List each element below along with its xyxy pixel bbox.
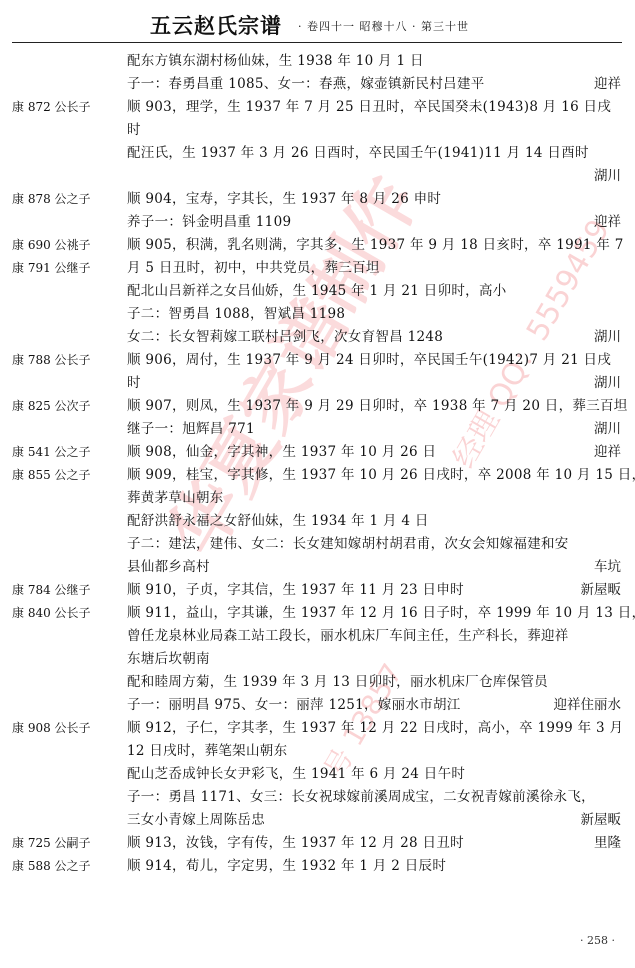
page-header: 五云赵氏宗谱 · 卷四十一 昭穆十八 · 第三十世 [0,0,635,42]
entry-text: 顺 911，益山，字其谦，生 1937 年 12 月 16 日子时，卒 1999… [127,602,635,625]
entry-line: 子一：丽明昌 975、女一：丽萍 1251，嫁丽水市胡江迎祥住丽水 [0,694,635,717]
lineage-label: 康 855 公之子 [12,464,91,487]
book-title: 五云赵氏宗谱 [150,10,282,40]
entry-text: 葬黄茅草山朝东 [127,487,224,510]
entry-line: 时 [0,119,635,142]
lineage-label: 康 878 公之子 [12,188,91,211]
entry-text: 子一：春勇昌重 1085、女一：春燕，嫁壶镇新民村吕建平 [127,73,485,96]
entry-line: 女二：长女智莉嫁工联村吕剑飞，次女育智昌 1248湖川 [0,326,635,349]
entry-line: 三女小青嫁上周陈岳忠新屋畈 [0,809,635,832]
entry-text: 配东方镇东湖村杨仙妹，生 1938 年 10 月 1 日 [127,50,424,73]
lineage-label: 康 825 公次子 [12,395,91,418]
entry-text: 月 5 日丑时，初中，中共党员，葬三百坦 [127,257,380,280]
entry-line: 子二：智勇昌 1088，智斌昌 1198 [0,303,635,326]
entry-line: 康 588 公之子顺 914，荀儿，字定男，生 1932 年 1 月 2 日辰时 [0,855,635,878]
entry-text: 子二：建法，建伟、女二：长女建知嫁胡村胡君甫，次女会知嫁福建和安 [127,533,569,556]
entry-text: 顺 907，则凤，生 1937 年 9 月 29 日卯时，卒 1938 年 7 … [127,395,628,418]
residence-place: 迎祥 [594,441,621,464]
entry-line: 康 908 公长子顺 912，子仁，字其孝，生 1937 年 12 月 22 日… [0,717,635,740]
entry-line: 湖川 [0,165,635,188]
lineage-label: 康 725 公嗣子 [12,832,91,855]
entry-line: 时湖川 [0,372,635,395]
entry-text: 12 日戌时，葬笔架山朝东 [127,740,287,763]
entry-text: 顺 912，子仁，字其孝，生 1937 年 12 月 22 日戌时，高小，卒 1… [127,717,623,740]
entry-text: 继子一：旭辉昌 771 [127,418,255,441]
entry-line: 12 日戌时，葬笔架山朝东 [0,740,635,763]
entry-line: 康 855 公之子顺 909，桂宝，字其修，生 1937 年 10 月 26 日… [0,464,635,487]
entry-text: 子一：丽明昌 975、女一：丽萍 1251，嫁丽水市胡江 [127,694,461,717]
residence-place: 迎祥住丽水 [554,694,622,717]
entry-line: 康 725 公嗣子顺 913，汝钱，字有传，生 1937 年 12 月 28 日… [0,832,635,855]
entry-text: 时 [127,119,141,142]
lineage-label: 康 541 公之子 [12,441,91,464]
entry-line: 子一：春勇昌重 1085、女一：春燕，嫁壶镇新民村吕建平迎祥 [0,73,635,96]
residence-place: 车坑 [594,556,621,579]
genealogy-entries: 配东方镇东湖村杨仙妹，生 1938 年 10 月 1 日子一：春勇昌重 1085… [0,50,635,878]
lineage-label: 康 690 公祧子 [12,234,91,257]
entry-line: 子二：建法，建伟、女二：长女建知嫁胡村胡君甫，次女会知嫁福建和安 [0,533,635,556]
lineage-label: 康 908 公长子 [12,717,91,740]
entry-text: 配舒洪舒永福之女舒仙妹，生 1934 年 1 月 4 日 [127,510,429,533]
entry-text: 时 [127,372,141,395]
lineage-label: 康 784 公继子 [12,579,91,602]
entry-line: 康 541 公之子顺 908，仙金，字其神，生 1937 年 10 月 26 日… [0,441,635,464]
entry-line: 子一：勇昌 1171、女三：长女祝球嫁前溪周成宝，二女祝青嫁前溪徐永飞， [0,786,635,809]
residence-place: 湖川 [594,326,621,349]
entry-text: 顺 908，仙金，字其神，生 1937 年 10 月 26 日 [127,441,436,464]
entry-text: 女二：长女智莉嫁工联村吕剑飞，次女育智昌 1248 [127,326,443,349]
residence-place: 迎祥 [594,211,621,234]
entry-line: 康 878 公之子顺 904，宝寿，字其长，生 1937 年 8 月 26 申时 [0,188,635,211]
header-divider [12,42,622,43]
entry-text: 配汪氏，生 1937 年 3 月 26 日酉时，卒民国壬午(1941)11 月 … [127,142,589,165]
entry-line: 曾任龙泉林业局森工站工段长，丽水机床厂车间主任，生产科长，葬迎祥 [0,625,635,648]
entry-text: 子一：勇昌 1171、女三：长女祝球嫁前溪周成宝，二女祝青嫁前溪徐永飞， [127,786,595,809]
lineage-label: 康 840 公长子 [12,602,91,625]
entry-line: 康 784 公继子顺 910，子贞，字其信，生 1937 年 11 月 23 日… [0,579,635,602]
entry-line: 继子一：旭辉昌 771湖川 [0,418,635,441]
entry-text: 顺 904，宝寿，字其长，生 1937 年 8 月 26 申时 [127,188,441,211]
residence-place: 迎祥 [594,73,621,96]
entry-text: 子二：智勇昌 1088，智斌昌 1198 [127,303,345,326]
residence-place: 湖川 [594,372,621,395]
entry-text: 顺 903，理学，生 1937 年 7 月 25 日丑时，卒民国癸未(1943)… [127,96,611,119]
residence-place: 湖川 [594,165,621,188]
lineage-label: 康 788 公长子 [12,349,91,372]
lineage-label: 康 872 公长子 [12,96,91,119]
entry-text: 配北山吕新祥之女吕仙娇，生 1945 年 1 月 21 日卯时，高小 [127,280,507,303]
entry-text: 顺 909，桂宝，字其修，生 1937 年 10 月 26 日戌时，卒 2008… [127,464,635,487]
residence-place: 里隆 [594,832,621,855]
volume-subtitle: · 卷四十一 昭穆十八 · 第三十世 [298,18,469,34]
entry-line: 配北山吕新祥之女吕仙娇，生 1945 年 1 月 21 日卯时，高小 [0,280,635,303]
page-number: · 258 · [580,934,615,947]
entry-text: 曾任龙泉林业局森工站工段长，丽水机床厂车间主任，生产科长，葬迎祥 [127,625,569,648]
entry-line: 配和睦周方菊，生 1939 年 3 月 13 日卯时，丽水机床厂仓库保管员 [0,671,635,694]
entry-line: 康 690 公祧子顺 905，积满，乳名则满，字其多，生 1937 年 9 月 … [0,234,635,257]
entry-text: 东塘后坎朝南 [127,648,210,671]
residence-place: 湖川 [594,418,621,441]
entry-text: 配山芝岙成钟长女尹彩飞，生 1941 年 6 月 24 日午时 [127,763,465,786]
entry-text: 三女小青嫁上周陈岳忠 [127,809,265,832]
entry-line: 配山芝岙成钟长女尹彩飞，生 1941 年 6 月 24 日午时 [0,763,635,786]
lineage-label: 康 791 公继子 [12,257,91,280]
entry-text: 顺 910，子贞，字其信，生 1937 年 11 月 23 日申时 [127,579,464,602]
entry-line: 康 840 公长子顺 911，益山，字其谦，生 1937 年 12 月 16 日… [0,602,635,625]
entry-line: 葬黄茅草山朝东 [0,487,635,510]
entry-line: 配舒洪舒永福之女舒仙妹，生 1934 年 1 月 4 日 [0,510,635,533]
entry-line: 县仙都乡高村车坑 [0,556,635,579]
entry-line: 配汪氏，生 1937 年 3 月 26 日酉时，卒民国壬午(1941)11 月 … [0,142,635,165]
entry-text: 配和睦周方菊，生 1939 年 3 月 13 日卯时，丽水机床厂仓库保管员 [127,671,548,694]
lineage-label: 康 588 公之子 [12,855,91,878]
entry-text: 顺 905，积满，乳名则满，字其多，生 1937 年 9 月 18 日亥时，卒 … [127,234,624,257]
entry-text: 顺 913，汝钱，字有传，生 1937 年 12 月 28 日丑时 [127,832,464,855]
entry-text: 顺 914，荀儿，字定男，生 1932 年 1 月 2 日辰时 [127,855,446,878]
entry-line: 康 872 公长子顺 903，理学，生 1937 年 7 月 25 日丑时，卒民… [0,96,635,119]
entry-text: 养子一：钭金明昌重 1109 [127,211,291,234]
entry-line: 养子一：钭金明昌重 1109迎祥 [0,211,635,234]
residence-place: 新屋畈 [581,809,622,832]
entry-text: 县仙都乡高村 [127,556,210,579]
entry-line: 康 788 公长子顺 906，周付，生 1937 年 9 月 24 日卯时，卒民… [0,349,635,372]
entry-text: 顺 906，周付，生 1937 年 9 月 24 日卯时，卒民国壬午(1942)… [127,349,611,372]
entry-line: 配东方镇东湖村杨仙妹，生 1938 年 10 月 1 日 [0,50,635,73]
residence-place: 新屋畈 [581,579,622,602]
entry-line: 东塘后坎朝南 [0,648,635,671]
entry-line: 康 825 公次子顺 907，则凤，生 1937 年 9 月 29 日卯时，卒 … [0,395,635,418]
entry-line: 康 791 公继子月 5 日丑时，初中，中共党员，葬三百坦 [0,257,635,280]
